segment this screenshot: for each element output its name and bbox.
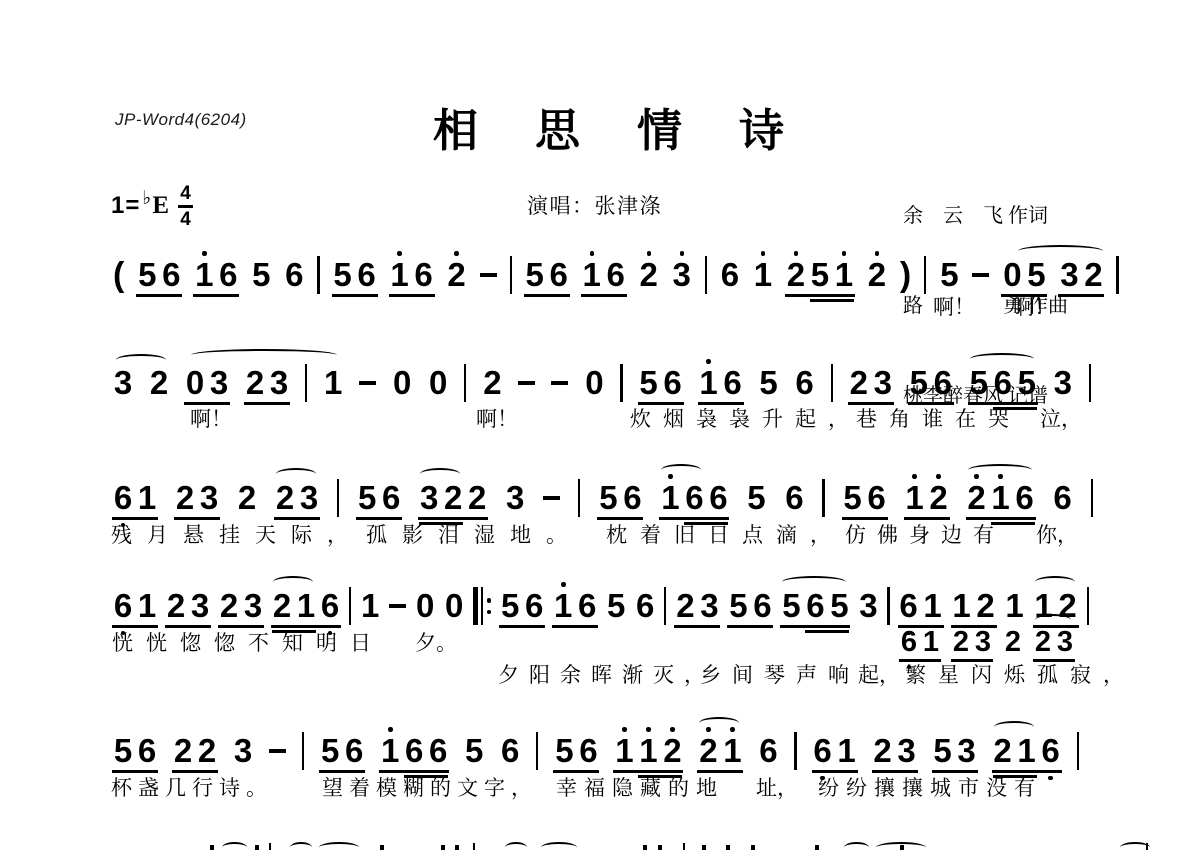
note: 3 — [269, 366, 289, 400]
key-signature: 1= ♭ E 4 4 — [111, 184, 193, 229]
note: 6 — [684, 481, 704, 515]
notation-line-2: 3203231002056165623565653 — [113, 366, 1091, 400]
note-group: 5 — [464, 734, 484, 768]
lyric-segment: 枕着旧日点滴， — [606, 519, 844, 549]
note: 5 — [843, 481, 863, 515]
note: 2 — [275, 481, 295, 515]
slur-arc-icon — [116, 354, 166, 366]
barline — [1087, 587, 1089, 625]
note: 2 — [993, 734, 1013, 768]
note-group: 56 — [333, 258, 377, 292]
note-group: 56 — [320, 734, 364, 768]
note: 6 — [993, 366, 1013, 400]
lyric-segment: 啊！ — [933, 291, 975, 321]
note-group: 6 — [1053, 481, 1073, 515]
note: 2 — [873, 734, 893, 768]
lyric-segment: 孤影泪湿地。 — [366, 519, 582, 549]
note: 0 — [428, 366, 448, 400]
note: 0 — [185, 366, 205, 400]
octave-dot-above-icon — [670, 727, 675, 732]
note-group: 112 — [614, 734, 682, 768]
note: 3 — [1056, 627, 1074, 657]
octave-dot-above-icon — [646, 727, 651, 732]
note: 6 — [867, 481, 887, 515]
note-group: 61 — [113, 589, 157, 623]
note: 3 — [243, 589, 263, 623]
note: 6 — [752, 589, 772, 623]
note: 2 — [952, 627, 970, 657]
note: 5 — [746, 481, 766, 515]
note: 6 — [663, 366, 683, 400]
note-group: 56 — [500, 589, 544, 623]
note: 2 — [166, 589, 186, 623]
note: 6 — [606, 258, 626, 292]
note-group: 23 — [675, 589, 719, 623]
beam-underline — [727, 625, 773, 628]
key-prefix: 1= — [111, 192, 140, 220]
note-group: 56 — [137, 258, 181, 292]
octave-dot-above-icon — [936, 474, 941, 479]
note: 3 — [299, 481, 319, 515]
barline — [349, 587, 351, 625]
lyric-segment: 幸福隐藏的地 — [556, 772, 724, 802]
note-group: 3 — [233, 734, 253, 768]
note: 3 — [897, 734, 917, 768]
note-group: 56 — [357, 481, 401, 515]
barline — [337, 479, 339, 517]
cutoff-note-mark — [380, 845, 384, 850]
note: 2 — [849, 366, 869, 400]
note-group: 1 — [360, 589, 380, 623]
time-signature: 4 4 — [178, 184, 193, 229]
slur-arc-icon — [276, 468, 316, 480]
sub-beam-underline — [805, 630, 849, 633]
note: 6 — [137, 734, 157, 768]
note-group: 565 — [781, 589, 849, 623]
note-group: 6 — [284, 258, 304, 292]
note: 1 — [360, 589, 380, 623]
note-group: 1 — [753, 258, 773, 292]
note: 6 — [344, 734, 364, 768]
cutoff-note-mark — [751, 845, 755, 850]
beam-underline — [193, 294, 239, 297]
thick-bar — [473, 587, 478, 625]
note: 5 — [251, 258, 271, 292]
note: 2 — [1083, 258, 1103, 292]
note-group: 56 — [728, 589, 772, 623]
note-group: 61 — [899, 589, 943, 623]
note: 6 — [933, 366, 953, 400]
lyric-segment: 乡间琴声响 — [700, 659, 860, 689]
lyric-segment: 起， — [858, 659, 900, 689]
note: 2 — [173, 734, 193, 768]
note-group: 16 — [553, 589, 597, 623]
note: 3 — [974, 627, 992, 657]
note: 5 — [728, 589, 748, 623]
note: 3 — [113, 366, 133, 400]
note-group: 1 — [323, 366, 343, 400]
note: 2 — [967, 481, 987, 515]
dot — [487, 610, 492, 615]
note: 2 — [867, 258, 887, 292]
octave-dot-above-icon — [622, 727, 627, 732]
beam-underline — [951, 659, 993, 662]
note-group: 166 — [380, 734, 448, 768]
octave-dot-below-icon — [1048, 776, 1053, 781]
barline — [464, 364, 466, 402]
octave-dot-above-icon — [680, 251, 685, 256]
barline — [1077, 732, 1079, 770]
note-group: 3 — [113, 366, 133, 400]
octave-dot-above-icon — [202, 251, 207, 256]
lyric-segment: 你， — [1036, 519, 1078, 549]
octave-dot-above-icon — [794, 251, 799, 256]
beam-underline — [499, 625, 545, 628]
note-group: 2 — [482, 366, 502, 400]
cutoff-note-mark — [658, 845, 662, 850]
note-group: 16 — [390, 258, 434, 292]
note: 6 — [577, 589, 597, 623]
cutoff-note-mark — [441, 845, 445, 850]
note: 5 — [781, 589, 801, 623]
cutoff-barline-mark — [473, 843, 475, 850]
note: 6 — [524, 589, 544, 623]
note: 2 — [245, 366, 265, 400]
note: 5 — [759, 366, 779, 400]
note: 2 — [219, 589, 239, 623]
note-group: 05 — [1002, 258, 1046, 292]
cutoff-note-mark — [702, 845, 706, 850]
lyric-segment: 炊烟袅袅升起， — [630, 403, 861, 433]
slur-arc-icon — [970, 353, 1034, 365]
note: 6 — [723, 366, 743, 400]
dash-note — [359, 381, 376, 385]
notation-line-1: (56165656162561623612512)50532 — [113, 258, 1119, 292]
note: 0 — [392, 366, 412, 400]
note: 1 — [699, 366, 719, 400]
note: 0 — [415, 589, 435, 623]
note: 3 — [199, 481, 219, 515]
note-group: 61 — [813, 734, 857, 768]
ossia-line: 6123223 — [900, 627, 1074, 657]
note: 6 — [404, 734, 424, 768]
note: 1 — [834, 258, 854, 292]
lyric-segment: 啊！ — [190, 403, 232, 433]
note: 1 — [991, 481, 1011, 515]
barline — [1091, 479, 1093, 517]
slur-arc-icon — [994, 721, 1034, 733]
slur-arc-icon — [1035, 614, 1071, 626]
note-group: 0 — [415, 589, 435, 623]
barline — [822, 479, 824, 517]
note: 1 — [614, 734, 634, 768]
note-group: 56 — [843, 481, 887, 515]
note: 2 — [929, 481, 949, 515]
note: 6 — [900, 627, 918, 657]
note-group: 5 — [251, 258, 271, 292]
dash-note — [389, 604, 406, 608]
note: 5 — [909, 366, 929, 400]
note-group: 322 — [419, 481, 487, 515]
note: 1 — [923, 589, 943, 623]
barline — [831, 364, 833, 402]
note-group: 2 — [1004, 627, 1022, 657]
note: 1 — [837, 734, 857, 768]
note: 1 — [553, 589, 573, 623]
note: 6 — [813, 734, 833, 768]
note-group: 5 — [746, 481, 766, 515]
note: 6 — [758, 734, 778, 768]
flat-sign-icon: ♭ — [142, 187, 151, 210]
note-group: 23 — [952, 627, 992, 657]
octave-dot-above-icon — [912, 474, 917, 479]
note: 5 — [137, 258, 157, 292]
singer-line: 演唱：张津涤 — [527, 190, 662, 220]
cutoff-note-mark — [210, 845, 214, 850]
note-group: 216 — [993, 734, 1061, 768]
note: 2 — [639, 258, 659, 292]
note-group: 23 — [175, 481, 219, 515]
note-group: 3 — [505, 481, 525, 515]
octave-dot-above-icon — [561, 582, 566, 587]
note: 1 — [582, 258, 602, 292]
octave-dot-above-icon — [454, 251, 459, 256]
parenthesis: ( — [113, 258, 124, 292]
lyric-segment: 夕阳余晖渐灭， — [498, 659, 715, 689]
lyric-segment: 址， — [756, 772, 798, 802]
note-group: 0 — [584, 366, 604, 400]
note-group: 2 — [237, 481, 257, 515]
note: 6 — [500, 734, 520, 768]
note: 5 — [810, 258, 830, 292]
slur-arc-icon — [420, 468, 460, 480]
beam-underline — [244, 402, 290, 405]
beam-underline — [780, 625, 850, 628]
note: 2 — [197, 734, 217, 768]
slur-arc-icon — [661, 464, 701, 476]
note-group: 565 — [969, 366, 1037, 400]
note-group: 2 — [867, 258, 887, 292]
note: 2 — [149, 366, 169, 400]
lyric-segment: 杯盏几行诗。 — [111, 772, 273, 802]
note: 1 — [952, 589, 972, 623]
note: 2 — [272, 589, 292, 623]
barline — [317, 256, 319, 294]
lyric-segment: 仿佛身边有 — [845, 519, 1005, 549]
note-group: 166 — [660, 481, 728, 515]
note: 3 — [672, 258, 692, 292]
note: 2 — [482, 366, 502, 400]
barline — [620, 364, 622, 402]
barline — [924, 256, 926, 294]
note: 6 — [1041, 734, 1061, 768]
note-group: 16 — [582, 258, 626, 292]
sub-beam-underline — [810, 299, 854, 302]
note-group: 5 — [939, 258, 959, 292]
octave-dot-above-icon — [590, 251, 595, 256]
song-title: 相思情诗 — [433, 106, 841, 158]
note: 3 — [505, 481, 525, 515]
note: 5 — [606, 589, 626, 623]
note-group: 32 — [1059, 258, 1103, 292]
note: 6 — [357, 258, 377, 292]
octave-dot-above-icon — [875, 251, 880, 256]
note-group: 16 — [699, 366, 743, 400]
lyric-segment: 泣， — [1040, 403, 1082, 433]
note-group: 23 — [245, 366, 289, 400]
note: 6 — [899, 589, 919, 623]
meter-denominator: 4 — [180, 210, 191, 229]
note-group: 12 — [905, 481, 949, 515]
dash-note — [518, 381, 535, 385]
note-group: 251 — [786, 258, 854, 292]
cutoff-note-mark — [455, 845, 459, 850]
note: 2 — [675, 589, 695, 623]
note: 5 — [1026, 258, 1046, 292]
slur-wrap: 03231 — [185, 364, 343, 402]
cutoff-note-mark — [643, 845, 647, 850]
slur-wrap: 0532 — [1002, 258, 1103, 292]
note: 6 — [381, 481, 401, 515]
dash-note — [543, 496, 560, 500]
note: 3 — [233, 734, 253, 768]
notation-line-5: 56223561665656112216612353216 — [113, 734, 1079, 768]
note: 2 — [1034, 627, 1052, 657]
note-group: 21 — [698, 734, 742, 768]
note: 6 — [622, 481, 642, 515]
note: 5 — [969, 366, 989, 400]
note: 3 — [1059, 258, 1079, 292]
note: 3 — [190, 589, 210, 623]
note-group: 53 — [933, 734, 977, 768]
lyric-segment: 啊！ — [1013, 291, 1055, 321]
cutoff-slur-icon — [844, 842, 869, 850]
fraction-bar — [178, 205, 193, 208]
lyric-segment: 纷纷攘攘城市没有 — [818, 772, 1042, 802]
note: 1 — [194, 258, 214, 292]
barline — [705, 256, 707, 294]
meter-numerator: 4 — [180, 184, 191, 203]
note-group: 6 — [758, 734, 778, 768]
cutoff-note-mark — [815, 845, 819, 850]
note-group: 2 — [149, 366, 169, 400]
note: 5 — [829, 589, 849, 623]
note: 1 — [137, 481, 157, 515]
note-group: 6 — [795, 366, 815, 400]
slur-arc-icon — [1035, 576, 1075, 588]
note: 0 — [1002, 258, 1022, 292]
sheet-page: JP-Word4(6204) 相思情诗 演唱：张津涤 1= ♭ E 4 4 余 … — [0, 0, 1200, 850]
note: 6 — [161, 258, 181, 292]
slur-arc-icon — [699, 717, 739, 729]
note-group: 61 — [113, 481, 157, 515]
slur-arc-icon — [782, 576, 846, 588]
note-group: 56 — [554, 734, 598, 768]
note: 5 — [320, 734, 340, 768]
note: 6 — [720, 258, 740, 292]
repeat-sign-begin — [473, 587, 491, 625]
slur-arc-icon — [191, 349, 337, 361]
note-group: 6 — [500, 734, 520, 768]
note: 5 — [113, 734, 133, 768]
note: 6 — [1053, 481, 1073, 515]
note: 5 — [933, 734, 953, 768]
note: 0 — [584, 366, 604, 400]
note-group: 23 — [873, 734, 917, 768]
note-group: 23 — [219, 589, 263, 623]
barline — [536, 732, 538, 770]
note: 3 — [873, 366, 893, 400]
dash-note — [972, 273, 989, 277]
lyric-segment: 巷角谁在哭 — [856, 403, 1021, 433]
note: 5 — [554, 734, 574, 768]
note: 1 — [905, 481, 925, 515]
cutoff-note-mark — [255, 845, 259, 850]
note: 1 — [722, 734, 742, 768]
dash-note — [480, 273, 497, 277]
note: 2 — [467, 481, 487, 515]
note: 6 — [414, 258, 434, 292]
credit-lyricist: 余 云 飞 作词 — [903, 201, 1068, 231]
note: 1 — [1005, 589, 1025, 623]
octave-dot-above-icon — [397, 251, 402, 256]
cutoff-slur-icon — [290, 842, 312, 850]
note-group: 0 — [392, 366, 412, 400]
cutoff-slur-icon — [222, 842, 247, 850]
beam-underline — [1058, 294, 1104, 297]
note-group: 0 — [428, 366, 448, 400]
barline — [1116, 256, 1118, 294]
note: 6 — [635, 589, 655, 623]
watermark-code: JP-Word4(6204) — [115, 110, 247, 130]
cutoff-slur-icon — [319, 842, 359, 850]
barline — [887, 587, 889, 625]
cutoff-slur-icon — [541, 842, 577, 850]
lyric-segment: 繁星闪烁孤寂， — [905, 659, 1136, 689]
dot — [487, 598, 492, 603]
cutoff-slur-icon — [505, 842, 527, 850]
note: 2 — [237, 481, 257, 515]
note: 1 — [660, 481, 680, 515]
barline — [664, 587, 666, 625]
beam-underline — [332, 294, 378, 297]
note-group: 12 — [952, 589, 996, 623]
note-group: 6 — [635, 589, 655, 623]
note-group: 16 — [194, 258, 238, 292]
note-group: 5 — [759, 366, 779, 400]
note: 1 — [390, 258, 410, 292]
octave-dot-above-icon — [761, 251, 766, 256]
note-group: 0 — [444, 589, 464, 623]
note: 3 — [1053, 366, 1073, 400]
dash-note — [551, 381, 568, 385]
note: 1 — [323, 366, 343, 400]
note: 6 — [795, 366, 815, 400]
lyric-segment: 恍恍惚惚不知明日 — [112, 627, 384, 657]
lyric-segment: 残月悬挂天际， — [111, 519, 363, 549]
parenthesis: ) — [900, 258, 911, 292]
beam-underline — [389, 294, 435, 297]
note-group: 23 — [275, 481, 319, 515]
note: 5 — [333, 258, 353, 292]
slur-arc-icon — [273, 576, 313, 588]
note: 6 — [320, 589, 340, 623]
note: 5 — [639, 366, 659, 400]
note-group: 56 — [639, 366, 683, 400]
barline — [510, 256, 512, 294]
note: 6 — [805, 589, 825, 623]
note-group: 56 — [525, 258, 569, 292]
